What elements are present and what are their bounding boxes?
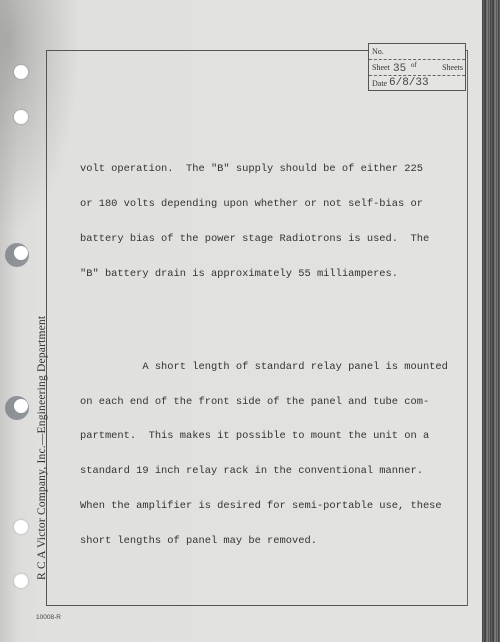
form-number: 10008-R xyxy=(36,614,61,621)
date-label: Date xyxy=(372,79,387,88)
sheet-info-box: No. Sheet 35 of Sheets Date 6/8/33 xyxy=(368,43,466,91)
text-line: standard 19 inch relay rack in the conve… xyxy=(80,466,480,478)
punch-hole xyxy=(14,65,28,79)
text-line: partment. This makes it possible to moun… xyxy=(80,431,480,443)
sheet-label: Sheet xyxy=(372,63,390,72)
sheets-label: Sheets xyxy=(442,63,463,72)
paragraph-1: volt operation. The "B" supply should be… xyxy=(80,141,480,303)
text-line: battery bias of the power stage Radiotro… xyxy=(80,234,480,246)
date-value: 6/8/33 xyxy=(389,77,429,89)
body-text: volt operation. The "B" supply should be… xyxy=(80,118,480,594)
text-line: or 180 volts depending upon whether or n… xyxy=(80,199,480,211)
of-label: of xyxy=(411,61,417,69)
document-page: R C A Victor Company, Inc.—Engineering D… xyxy=(0,0,482,642)
punch-hole xyxy=(14,110,28,124)
text-line: on each end of the front side of the pan… xyxy=(80,397,480,409)
text-line: volt operation. The "B" supply should be… xyxy=(80,164,480,176)
punch-hole xyxy=(14,246,28,260)
number-label: No. xyxy=(372,47,384,56)
sheet-row: Sheet 35 of Sheets xyxy=(369,60,465,76)
text-line: short lengths of panel may be removed. xyxy=(80,536,480,548)
text-line: "B" battery drain is approximately 55 mi… xyxy=(80,269,480,281)
text-line: A short length of standard relay panel i… xyxy=(80,362,480,374)
number-row: No. xyxy=(369,44,465,60)
binder-edge xyxy=(482,0,500,642)
text-line: When the amplifier is desired for semi-p… xyxy=(80,501,480,513)
sheet-value: 35 xyxy=(393,63,406,75)
punch-hole xyxy=(14,399,28,413)
punch-hole xyxy=(14,574,28,588)
company-department-label: R C A Victor Company, Inc.—Engineering D… xyxy=(36,316,48,580)
date-row: Date 6/8/33 xyxy=(369,76,465,91)
punch-hole xyxy=(14,520,28,534)
paragraph-2: A short length of standard relay panel i… xyxy=(80,339,480,571)
